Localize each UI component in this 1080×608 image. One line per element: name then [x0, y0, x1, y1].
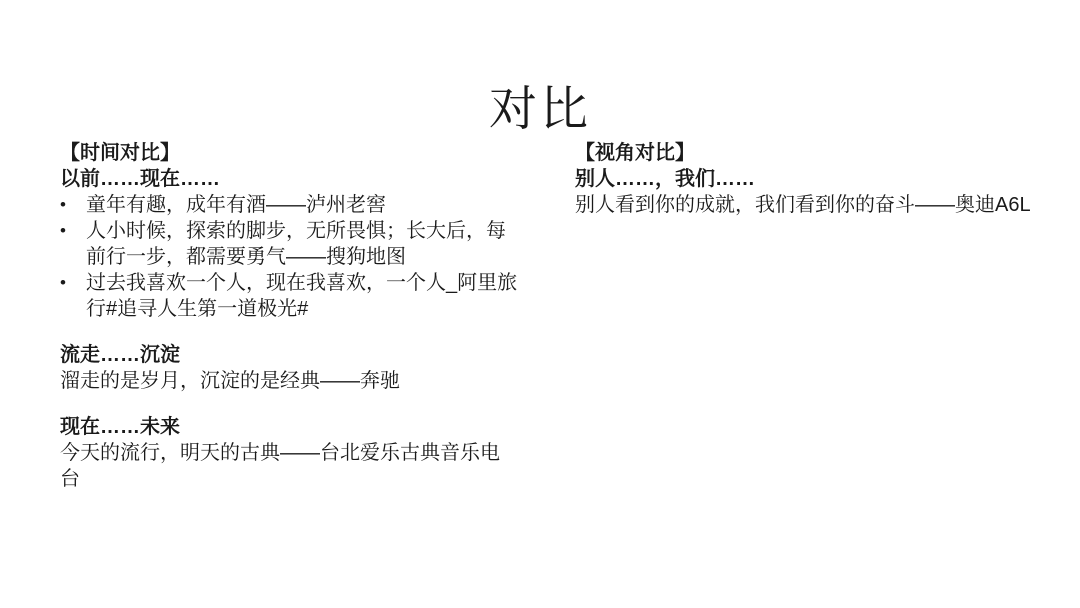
bullet-text-sogou-maps: 人小时候，探索的脚步，无所畏惧；长大后，每前行一步，都需要勇气——搜狗地图	[86, 218, 518, 270]
now-future-contrast-heading: 现在……未来	[60, 414, 518, 440]
time-contrast-heading: 【时间对比】	[60, 140, 518, 166]
flow-contrast-example-benz: 溜走的是岁月，沉淀的是经典——奔驰	[60, 368, 518, 394]
bullet-marker: •	[60, 270, 86, 296]
bullet-item: • 过去我喜欢一个人，现在我喜欢，一个人_阿里旅行#追寻人生第一道极光#	[60, 270, 518, 322]
bullet-item: • 童年有趣，成年有酒——泸州老窖	[60, 192, 518, 218]
time-contrast-pattern: 以前……现在……	[60, 166, 518, 192]
bullet-item: • 人小时候，探索的脚步，无所畏惧；长大后，每前行一步，都需要勇气——搜狗地图	[60, 218, 518, 270]
left-column: 【时间对比】 以前……现在…… • 童年有趣，成年有酒——泸州老窖 • 人小时候…	[60, 140, 518, 492]
page-title: 对比	[0, 80, 1080, 140]
flow-contrast-heading: 流走……沉淀	[60, 342, 518, 368]
slide: 对比 【时间对比】 以前……现在…… • 童年有趣，成年有酒——泸州老窖 • 人…	[0, 0, 1080, 608]
now-future-example-taipei-radio: 今天的流行，明天的古典——台北爱乐古典音乐电台	[60, 440, 518, 492]
perspective-contrast-section: 【视角对比】 别人……，我们…… 别人看到你的成就，我们看到你的奋斗——奥迪A6…	[575, 140, 1040, 218]
flow-contrast-section: 流走……沉淀 溜走的是岁月，沉淀的是经典——奔驰	[60, 342, 518, 394]
bullet-text-alitrip: 过去我喜欢一个人，现在我喜欢，一个人_阿里旅行#追寻人生第一道极光#	[86, 270, 518, 322]
right-column: 【视角对比】 别人……，我们…… 别人看到你的成就，我们看到你的奋斗——奥迪A6…	[575, 140, 1040, 218]
time-contrast-section: 【时间对比】 以前……现在…… • 童年有趣，成年有酒——泸州老窖 • 人小时候…	[60, 140, 518, 322]
now-future-contrast-section: 现在……未来 今天的流行，明天的古典——台北爱乐古典音乐电台	[60, 414, 518, 492]
bullet-marker: •	[60, 218, 86, 244]
content-columns: 【时间对比】 以前……现在…… • 童年有趣，成年有酒——泸州老窖 • 人小时候…	[60, 140, 1040, 492]
bullet-text-luzhou-laojiao: 童年有趣，成年有酒——泸州老窖	[86, 192, 518, 218]
bullet-marker: •	[60, 192, 86, 218]
time-contrast-bullet-list: • 童年有趣，成年有酒——泸州老窖 • 人小时候，探索的脚步，无所畏惧；长大后，…	[60, 192, 518, 322]
perspective-example-audi-a6l: 别人看到你的成就，我们看到你的奋斗——奥迪A6L	[575, 192, 1040, 218]
perspective-contrast-heading: 【视角对比】	[575, 140, 1040, 166]
perspective-contrast-pattern: 别人……，我们……	[575, 166, 1040, 192]
